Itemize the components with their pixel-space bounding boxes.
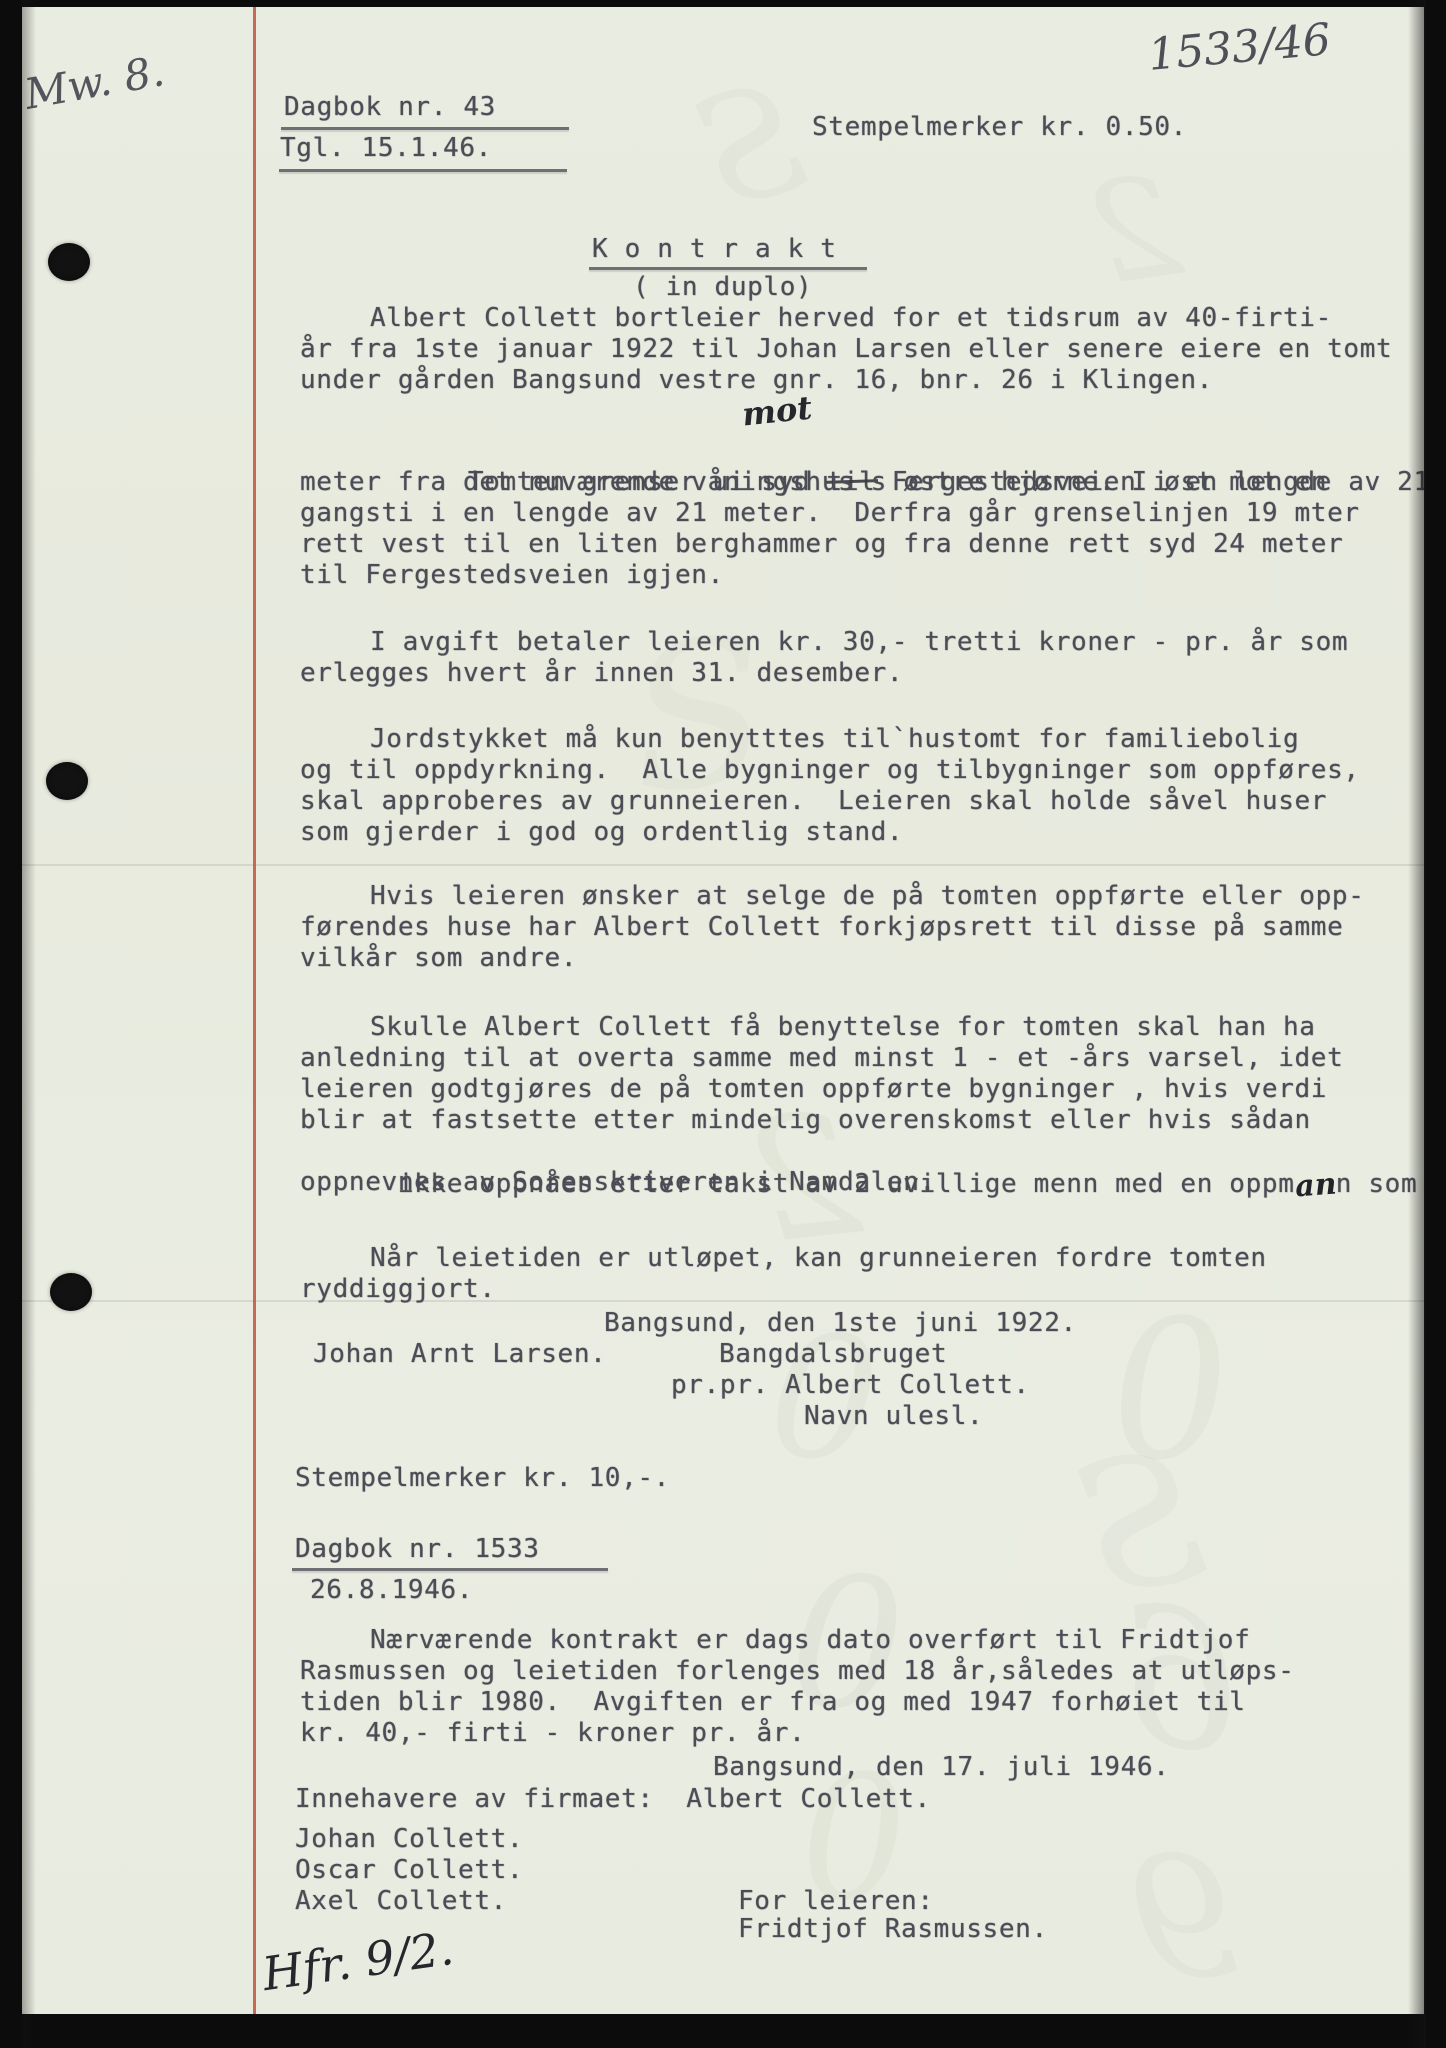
paragraph-lease-grant: Albert Collett bortleier herved for et t…	[300, 303, 1392, 396]
signature-per-procura: pr.pr. Albert Collett.	[671, 1370, 1030, 1400]
paragraph-lease-end: Når leietiden er utløpet, kan grunneiere…	[300, 1243, 1267, 1305]
scan-shadow-left	[22, 0, 36, 2048]
typed-line: Rasmussen og leietiden forlenges med 18 …	[300, 1656, 1295, 1687]
bleedthrough-mark: 9	[1122, 1816, 1247, 2023]
typed-line: og til oppdyrkning. Alle bygninger og ti…	[300, 755, 1360, 786]
paragraph-land-use: Jordstykket må kun benytttes til`hustomt…	[300, 724, 1360, 848]
scan-edge-right	[1424, 0, 1446, 2048]
typed-line: Hvis leieren ønsker at selge de på tomte…	[300, 881, 1365, 912]
underline	[292, 1568, 608, 1571]
typed-line: til Fergestedsveien igjen.	[300, 560, 1430, 591]
owner-signature: Axel Collett.	[295, 1886, 507, 1916]
handwritten-correction: mot	[740, 388, 814, 433]
handwritten-footer-note: Hfr. 9/2.	[259, 1921, 457, 2001]
scanned-document-page: S 2 S 2 0 0 S 0 6 0 9 Mw. 8. 1533/46 Dag…	[0, 0, 1446, 2048]
typed-line: under gården Bangsund vestre gnr. 16, bn…	[300, 365, 1392, 396]
signature-illegible-note: Navn ulesl.	[804, 1401, 983, 1431]
typed-line: ikke oppnåes etter takst av 2 uvillige m…	[300, 1136, 1417, 1167]
bleedthrough-mark: S	[1063, 1411, 1221, 1638]
punch-hole	[48, 243, 90, 281]
paragraph-transfer-1946: Nærværende kontrakt er dags dato overfør…	[300, 1625, 1295, 1749]
document-subtitle: ( in duplo)	[633, 272, 812, 302]
margin-rule-line	[253, 7, 256, 2016]
owners-label-line: Innehavere av firmaet: Albert Collett.	[295, 1784, 931, 1814]
typed-line: vilkår som andre.	[300, 943, 1365, 974]
bleedthrough-mark: 0	[1102, 1276, 1238, 1505]
typed-line: anledning til at overta samme med minst …	[300, 1043, 1417, 1074]
owner-signature: Oscar Collett.	[295, 1855, 523, 1885]
typed-line: Tomten grenser ui syd til Fergestedsveie…	[300, 436, 1430, 467]
typed-line: gangsti i en lengde av 21 meter. Derfra …	[300, 498, 1430, 529]
entry-date-1946: 26.8.1946.	[310, 1575, 473, 1605]
stamp-fee-line: Stempelmerker kr. 0.50.	[812, 112, 1187, 142]
underline	[279, 169, 567, 172]
owner-signature: Johan Collett.	[295, 1824, 523, 1854]
typed-line: kr. 40,- firti - kroner pr. år.	[300, 1718, 1295, 1749]
margin-note: Mw. 8.	[21, 46, 168, 119]
journal-number: 1533/46	[1146, 14, 1333, 81]
typed-line: blir at fastsette etter mindelig overens…	[300, 1105, 1417, 1136]
typed-line: meter fra det nuværende våningshus s øst…	[300, 467, 1430, 498]
typed-line: tiden blir 1980. Avgiften er fra og med …	[300, 1687, 1295, 1718]
paragraph-preemption: Hvis leieren ønsker at selge de på tomte…	[300, 881, 1365, 974]
typed-line: skal approberes av grunneieren. Leieren …	[300, 786, 1360, 817]
paragraph-rent: I avgift betaler leieren kr. 30,- tretti…	[300, 627, 1348, 689]
typed-line: oppnevnes av Sorenskriveren i Namdalen.	[300, 1167, 1417, 1198]
scan-edge-bottom	[0, 2014, 1446, 2048]
typed-line: erlegges hvert år innen 31. desember.	[300, 658, 1348, 689]
paragraph-repossession: Skulle Albert Collett få benyttelse for …	[300, 1012, 1417, 1198]
title-underline	[589, 267, 867, 270]
lessee-label-1946: For leieren:	[738, 1886, 934, 1916]
document-title: K o n t r a k t	[592, 234, 837, 264]
typed-line: Skulle Albert Collett få benyttelse for …	[300, 1012, 1417, 1043]
typed-line: Nærværende kontrakt er dags dato overfør…	[300, 1625, 1295, 1656]
signature-company-1922: Bangdalsbruget	[719, 1339, 947, 1369]
scan-edge-left	[0, 0, 22, 2048]
typed-line: Albert Collett bortleier herved for et t…	[300, 303, 1392, 334]
typed-line: førendes huse har Albert Collett forkjøp…	[300, 912, 1365, 943]
scan-shadow-right	[1408, 0, 1426, 2048]
dagbok-number-line: Dagbok nr. 43	[284, 92, 496, 122]
place-date-1922: Bangsund, den 1ste juni 1922.	[604, 1308, 1077, 1338]
dagbok-number-1946: Dagbok nr. 1533	[295, 1534, 540, 1564]
fold-line	[0, 864, 1446, 866]
punch-hole	[50, 1273, 92, 1311]
signature-lessee-1946: Fridtjof Rasmussen.	[738, 1914, 1048, 1944]
typed-line: I avgift betaler leieren kr. 30,- tretti…	[300, 627, 1348, 658]
typed-line: rett vest til en liten berghammer og fra…	[300, 529, 1430, 560]
punch-hole	[46, 762, 88, 800]
paragraph-boundaries: Tomten grenser ui syd til Fergestedsveie…	[300, 436, 1430, 591]
bleedthrough-mark: S	[680, 50, 822, 244]
stamp-fee-1946: Stempelmerker kr. 10,-.	[295, 1463, 670, 1493]
underline	[281, 127, 569, 130]
typed-line: leieren godtgjøres de på tomten oppførte…	[300, 1074, 1417, 1105]
typed-line: ryddiggjort.	[300, 1274, 1267, 1305]
typed-line: Jordstykket må kun benytttes til`hustomt…	[300, 724, 1360, 755]
bleedthrough-mark: 2	[1079, 145, 1190, 319]
typed-line: som gjerder i god og ordentlig stand.	[300, 817, 1360, 848]
typed-line: Når leietiden er utløpet, kan grunneiere…	[300, 1243, 1267, 1274]
place-date-1946: Bangsund, den 17. juli 1946.	[713, 1752, 1170, 1782]
typed-line: år fra 1ste januar 1922 til Johan Larsen…	[300, 334, 1392, 365]
scan-edge-top	[0, 0, 1446, 7]
signature-lessee-1922: Johan Arnt Larsen.	[313, 1339, 606, 1369]
tinglyst-date-line: Tgl. 15.1.46.	[280, 133, 492, 163]
